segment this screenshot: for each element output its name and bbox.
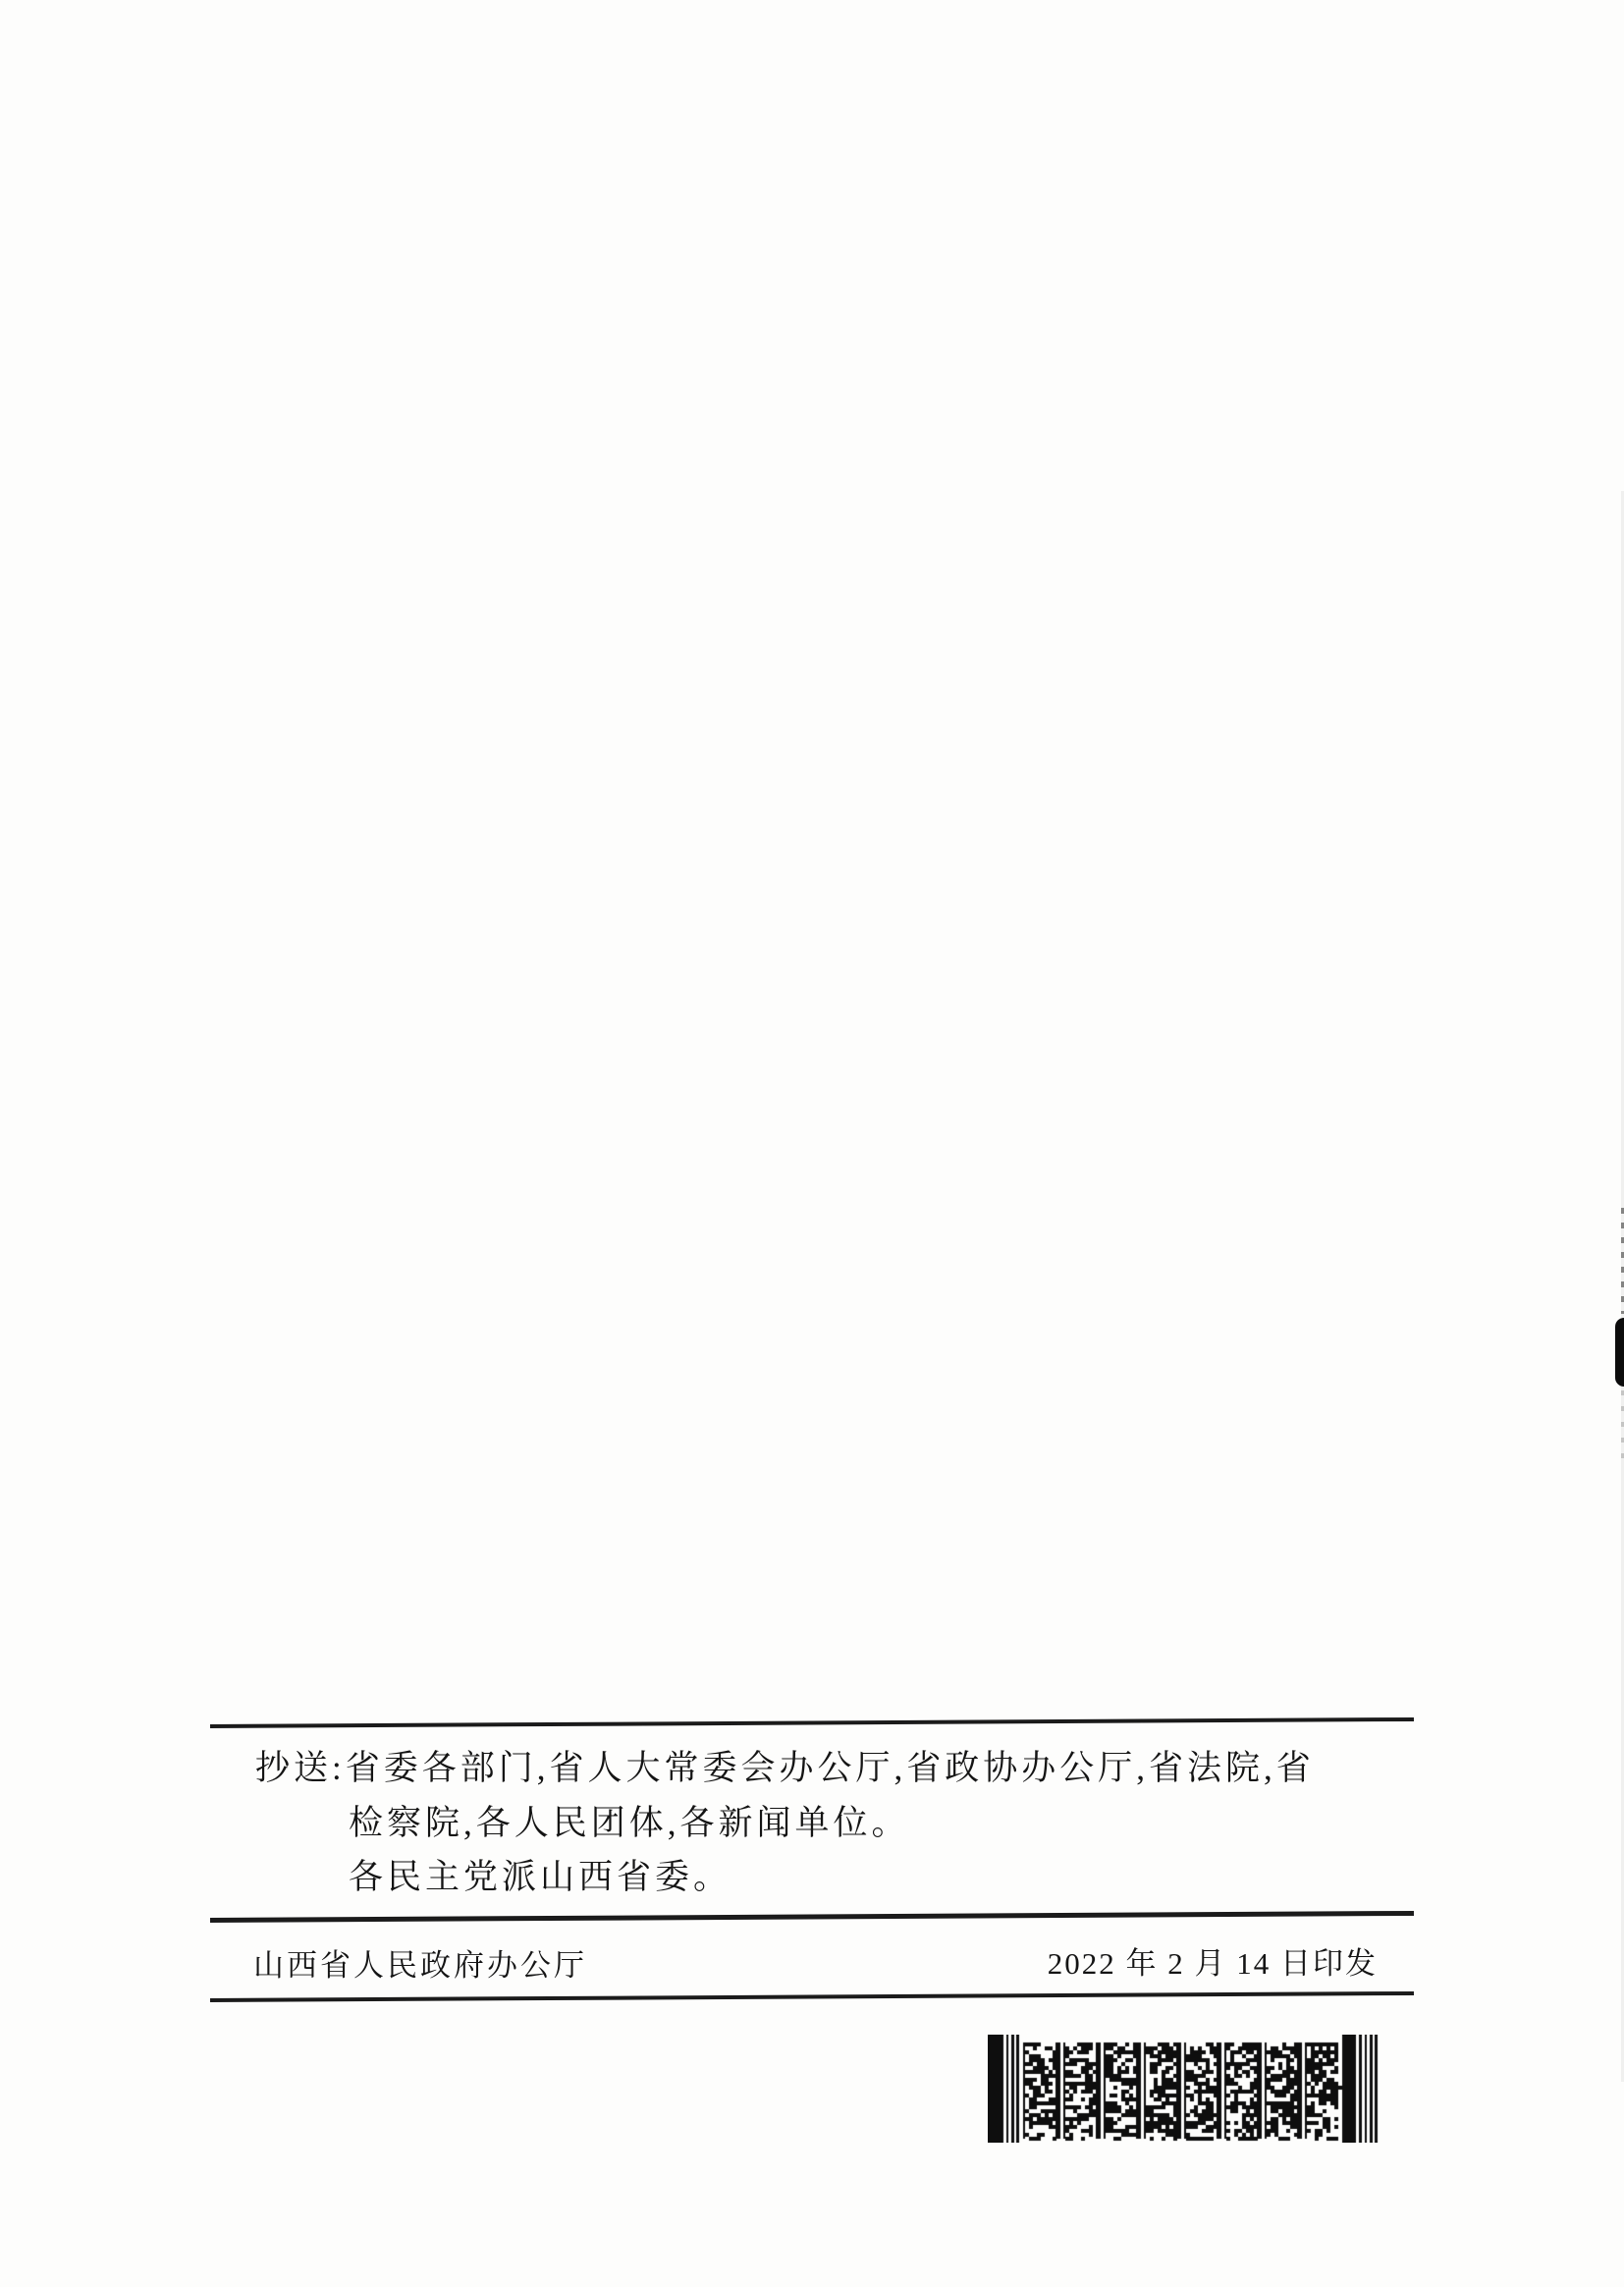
scan-blob-artifact [1615, 1318, 1624, 1387]
divider-bottom [210, 1991, 1414, 2002]
barcode-icon [988, 2035, 1380, 2143]
document-page: 抄送:省委各部门,省人大常委会办公厅,省政协办公厅,省法院,省 检察院,各人民团… [0, 0, 1624, 2287]
cc-line-3: 各民主党派山西省委。 [349, 1850, 1315, 1905]
divider-middle [210, 1911, 1414, 1923]
divider-top [210, 1717, 1414, 1728]
cc-section: 抄送:省委各部门,省人大常委会办公厅,省政协办公厅,省法院,省 检察院,各人民团… [255, 1741, 1315, 1905]
cc-line-2: 检察院,各人民团体,各新闻单位。 [349, 1796, 1315, 1851]
cc-line-1: 抄送:省委各部门,省人大常委会办公厅,省政协办公厅,省法院,省 [255, 1741, 1315, 1796]
print-date: 2022 年 2 月 14 日印发 [1048, 1938, 1378, 1983]
issuing-office-name: 山西省人民政府办公厅 [253, 1940, 587, 1985]
